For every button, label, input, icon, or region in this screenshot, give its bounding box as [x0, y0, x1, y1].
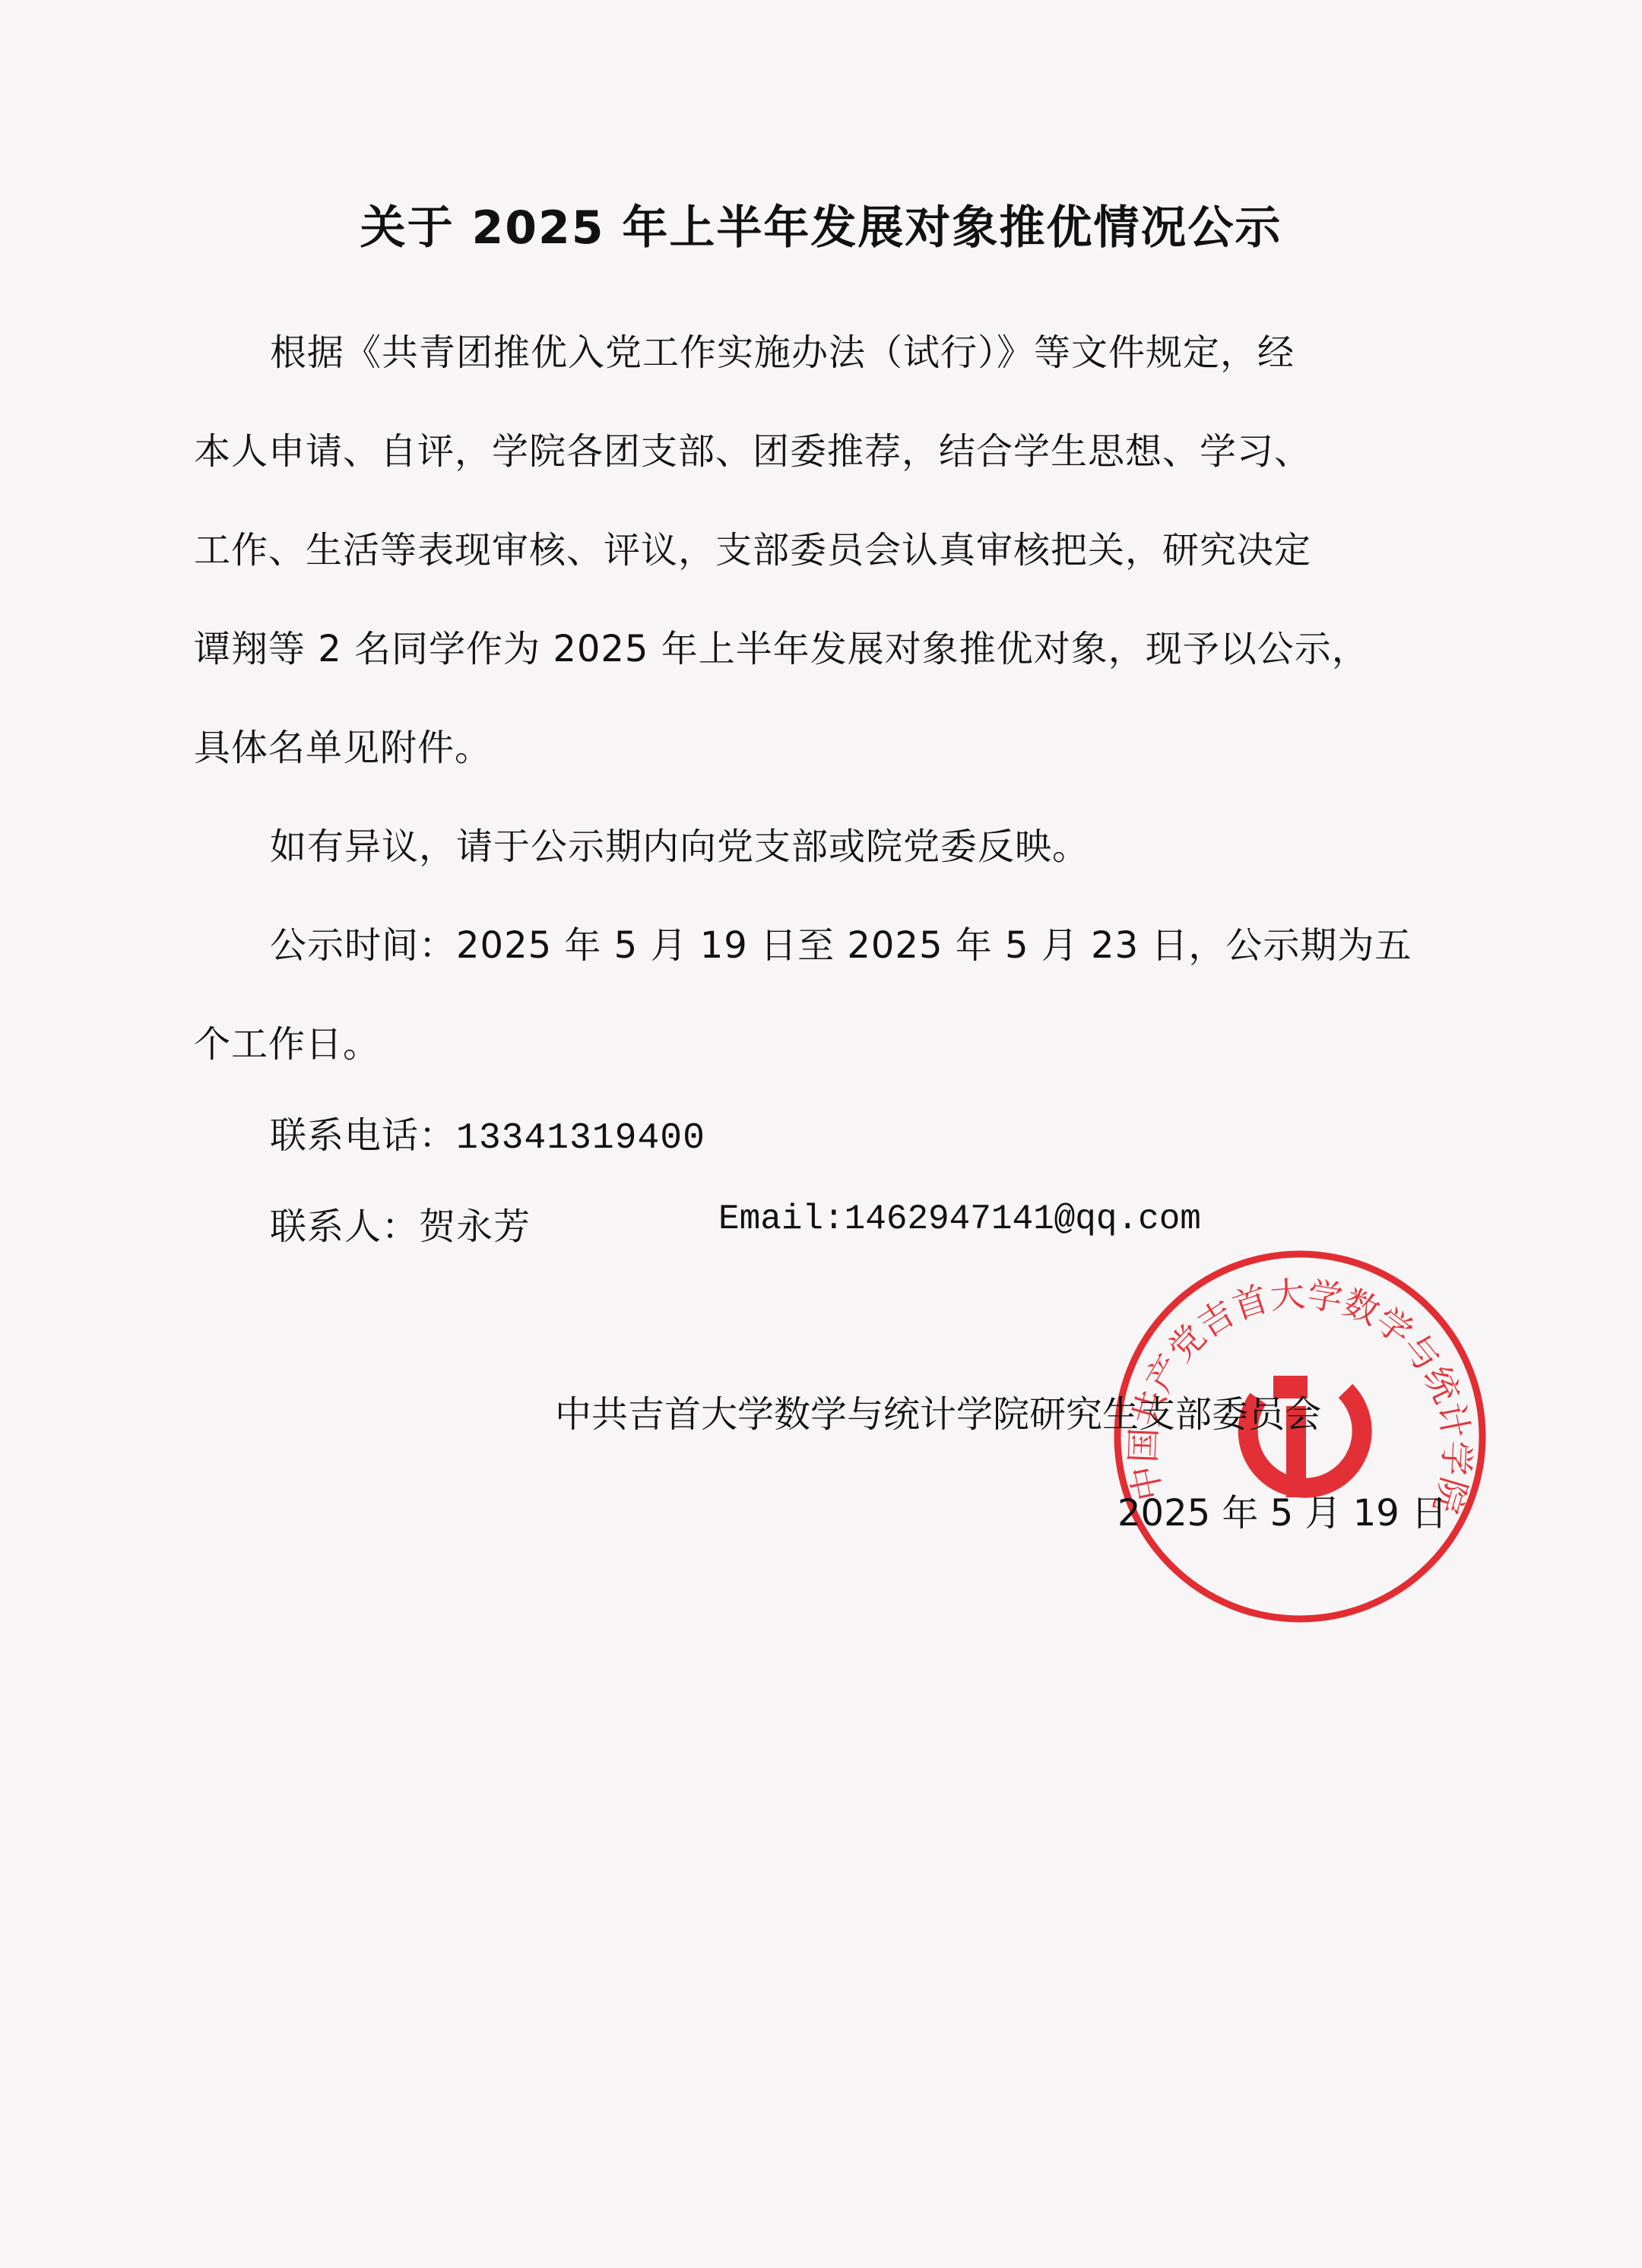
signature-date: 2025 年 5 月 19 日	[1117, 1484, 1447, 1536]
contact-name: 贺永芳	[419, 1205, 531, 1248]
period-line-1: 公示时间：2025 年 5 月 19 日至 2025 年 5 月 23 日，公示…	[270, 916, 1412, 968]
body-line-4: 谭翔等 2 名同学作为 2025 年上半年发展对象推优对象，现予以公示，	[194, 619, 1369, 672]
contact-line: 联系人：贺永芳	[270, 1197, 531, 1250]
body-line-3: 工作、生活等表现审核、评议，支部委员会认真审核把关，研究决定	[194, 521, 1311, 573]
objection-line: 如有异议，请于公示期内向党支部或院党委反映。	[270, 817, 1089, 870]
phone-label: 联系电话：	[270, 1114, 456, 1157]
body-line-1: 根据《共青团推优入党工作实施办法（试行）》等文件规定，经	[270, 323, 1295, 375]
body-line-2: 本人申请、自评，学院各团支部、团委推荐，结合学生思想、学习、	[194, 422, 1311, 474]
phone-number: 13341319400	[456, 1118, 705, 1159]
period-line-2: 个工作日。	[194, 1015, 380, 1067]
document-title: 关于 2025 年上半年发展对象推优情况公示	[0, 192, 1642, 257]
body-line-5: 具体名单见附件。	[194, 718, 492, 771]
contact-email: Email:1462947141@qq.com	[718, 1199, 1201, 1239]
document-page: 关于 2025 年上半年发展对象推优情况公示 根据《共青团推优入党工作实施办法（…	[0, 0, 1642, 2268]
contact-label: 联系人：	[270, 1205, 419, 1248]
phone-line: 联系电话：13341319400	[270, 1106, 705, 1159]
signature-organization: 中共吉首大学数学与统计学院研究生支部委员会	[555, 1385, 1321, 1437]
